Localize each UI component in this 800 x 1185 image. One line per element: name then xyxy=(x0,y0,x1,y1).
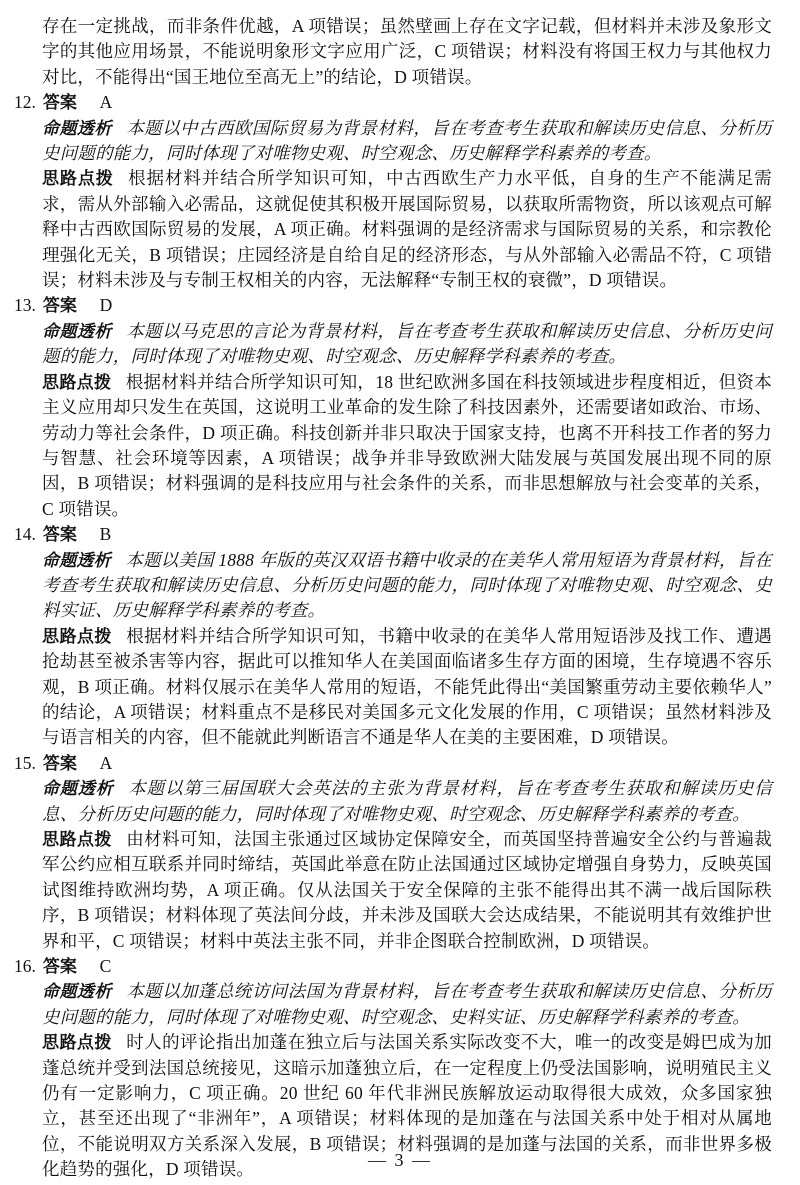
guidance-label: 思路点拨 xyxy=(42,830,112,849)
answer-line: 14.答案B xyxy=(14,522,772,547)
guidance-paragraph: 思路点拨根据材料并结合所学知识可知，18 世纪欧洲多国在科技领域进步程度相近，但… xyxy=(42,370,772,522)
answer-key-page: 存在一定挑战，而非条件优越，A 项错误；虽然壁画上存在文字记载，但材料并未涉及象… xyxy=(0,0,800,1185)
answer-item-13: 13.答案D 命题透析本题以马克思的言论为背景材料，旨在考查考生获取和解读历史信… xyxy=(42,293,772,522)
item-number: 15. xyxy=(14,751,36,776)
guidance-text: 根据材料并结合所学知识可知，书籍中收录的在美华人常用短语涉及找工作、遭遇抢劫甚至… xyxy=(42,626,772,748)
answer-label: 答案 xyxy=(43,957,77,976)
answer-letter: A xyxy=(100,92,113,112)
answer-label: 答案 xyxy=(43,754,77,773)
analysis-text: 本题以加蓬总统访问法国为背景材料，旨在考查考生获取和解读历史信息、分析历史问题的… xyxy=(42,981,772,1026)
analysis-label: 命题透析 xyxy=(42,779,114,798)
guidance-paragraph: 思路点拨由材料可知，法国主张通过区域协定保障安全，而英国坚持普遍安全公约与普遍裁… xyxy=(42,827,772,954)
answer-letter: D xyxy=(100,295,113,315)
answer-line: 16.答案C xyxy=(14,954,772,979)
answer-item-12: 12.答案A 命题透析本题以中古西欧国际贸易为背景材料，旨在考查考生获取和解读历… xyxy=(42,90,772,293)
answer-item-16: 16.答案C 命题透析本题以加蓬总统访问法国为背景材料，旨在考查考生获取和解读历… xyxy=(42,954,772,1183)
answer-letter: A xyxy=(100,753,113,773)
analysis-paragraph: 命题透析本题以马克思的言论为背景材料，旨在考查考生获取和解读历史信息、分析历史问… xyxy=(42,319,772,370)
item-number: 16. xyxy=(14,954,36,979)
analysis-label: 命题透析 xyxy=(42,119,112,138)
item-number: 13. xyxy=(14,293,36,318)
guidance-label: 思路点拨 xyxy=(42,169,114,188)
analysis-text: 本题以第三届国联大会英法的主张为背景材料，旨在考查考生获取和解读历史信息、分析历… xyxy=(42,778,772,823)
analysis-paragraph: 命题透析本题以中古西欧国际贸易为背景材料，旨在考查考生获取和解读历史信息、分析历… xyxy=(42,116,772,167)
guidance-text: 根据材料并结合所学知识可知，18 世纪欧洲多国在科技领域进步程度相近，但资本主义… xyxy=(42,372,772,519)
answer-label: 答案 xyxy=(43,93,77,112)
analysis-paragraph: 命题透析本题以第三届国联大会英法的主张为背景材料，旨在考查考生获取和解读历史信息… xyxy=(42,776,772,827)
answer-letter: C xyxy=(100,956,112,976)
analysis-text: 本题以美国 1888 年版的英汉双语书籍中收录的在美华人常用短语为背景材料，旨在… xyxy=(42,550,772,621)
page-number: — 3 — xyxy=(0,1150,800,1171)
answer-line: 13.答案D xyxy=(14,293,772,318)
guidance-paragraph: 思路点拨根据材料并结合所学知识可知，中古西欧生产力水平低，自身的生产不能满足需求… xyxy=(42,166,772,293)
item-number: 12. xyxy=(14,90,36,115)
guidance-text: 根据材料并结合所学知识可知，中古西欧生产力水平低，自身的生产不能满足需求，需从外… xyxy=(42,168,772,290)
answer-line: 15.答案A xyxy=(14,751,772,776)
answer-item-14: 14.答案B 命题透析本题以美国 1888 年版的英汉双语书籍中收录的在美华人常… xyxy=(42,522,772,751)
analysis-text: 本题以马克思的言论为背景材料，旨在考查考生获取和解读历史信息、分析历史问题的能力… xyxy=(42,321,772,366)
guidance-label: 思路点拨 xyxy=(42,373,111,392)
guidance-label: 思路点拨 xyxy=(42,1033,112,1052)
analysis-label: 命题透析 xyxy=(42,322,112,341)
answer-line: 12.答案A xyxy=(14,90,772,115)
answer-item-15: 15.答案A 命题透析本题以第三届国联大会英法的主张为背景材料，旨在考查考生获取… xyxy=(42,751,772,954)
item-number: 14. xyxy=(14,522,36,547)
analysis-paragraph: 命题透析本题以美国 1888 年版的英汉双语书籍中收录的在美华人常用短语为背景材… xyxy=(42,548,772,624)
analysis-label: 命题透析 xyxy=(42,982,112,1001)
analysis-text: 本题以中古西欧国际贸易为背景材料，旨在考查考生获取和解读历史信息、分析历史问题的… xyxy=(42,118,772,163)
analysis-paragraph: 命题透析本题以加蓬总统访问法国为背景材料，旨在考查考生获取和解读历史信息、分析历… xyxy=(42,979,772,1030)
analysis-label: 命题透析 xyxy=(42,551,111,570)
guidance-label: 思路点拨 xyxy=(42,627,112,646)
answer-label: 答案 xyxy=(43,296,77,315)
guidance-text: 由材料可知，法国主张通过区域协定保障安全，而英国坚持普遍安全公约与普遍裁军公约应… xyxy=(42,829,772,951)
answer-label: 答案 xyxy=(43,525,77,544)
answer-letter: B xyxy=(100,524,112,544)
item-11-continuation-text: 存在一定挑战，而非条件优越，A 项错误；虽然壁画上存在文字记载，但材料并未涉及象… xyxy=(42,14,772,90)
guidance-paragraph: 思路点拨根据材料并结合所学知识可知，书籍中收录的在美华人常用短语涉及找工作、遭遇… xyxy=(42,624,772,751)
